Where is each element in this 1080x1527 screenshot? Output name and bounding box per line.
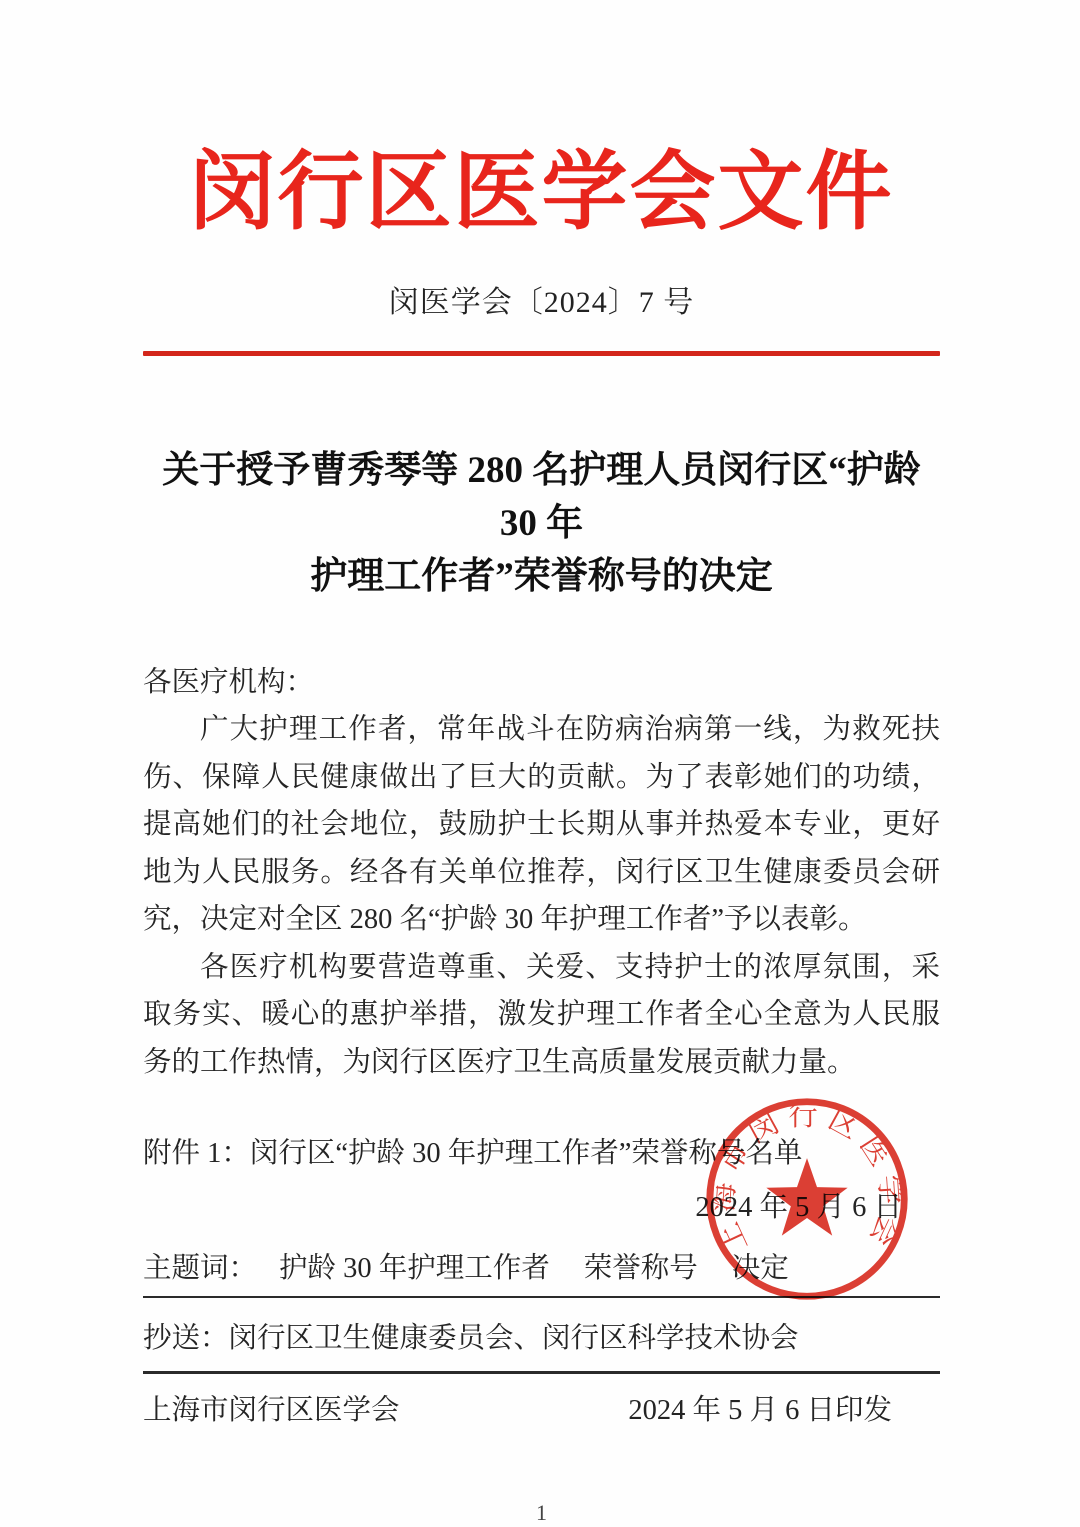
document-title-line-2: 护理工作者”荣誉称号的决定 bbox=[143, 550, 940, 603]
issuer-name: 上海市闵行区医学会 bbox=[143, 1387, 400, 1428]
red-divider-line bbox=[143, 351, 940, 356]
cc-row: 抄送：闵行区卫生健康委员会、闵行区科学技术协会 bbox=[143, 1298, 940, 1374]
cc-value: 闵行区卫生健康委员会、闵行区科学技术协会 bbox=[229, 1323, 799, 1354]
subject-term: 荣誉称号 bbox=[584, 1253, 698, 1284]
document-title-line-1: 关于授予曹秀琴等 280 名护理人员闵行区“护龄 30 年 bbox=[143, 444, 940, 550]
body-paragraph-1: 广大护理工作者，常年战斗在防病治病第一线，为救死扶伤、保障人民健康做出了巨大的贡… bbox=[143, 706, 940, 944]
cc-label: 抄送： bbox=[143, 1323, 229, 1354]
subject-term: 决定 bbox=[732, 1253, 789, 1284]
document-title: 关于授予曹秀琴等 280 名护理人员闵行区“护龄 30 年 护理工作者”荣誉称号… bbox=[143, 444, 940, 603]
subject-label: 主题词： bbox=[143, 1253, 257, 1284]
issuer-footer-row: 上海市闵行区医学会 2024 年 5 月 6 日印发 bbox=[143, 1374, 940, 1428]
subject-keywords-row: 主题词：护龄 30 年护理工作者荣誉称号决定 bbox=[143, 1245, 940, 1298]
document-number: 闵医学会〔2024〕7 号 bbox=[143, 277, 940, 321]
body-paragraph-2: 各医疗机构要营造尊重、关爱、支持护士的浓厚氛围，采取务实、暖心的惠护举措，激发护… bbox=[143, 944, 940, 1087]
attachment-note: 附件 1：闵行区“护龄 30 年护理工作者”荣誉称号名单 bbox=[143, 1130, 940, 1178]
print-date: 2024 年 5 月 6 日印发 bbox=[628, 1387, 940, 1428]
salutation: 各医疗机构： bbox=[143, 659, 940, 707]
issue-date: 2024 年 5 月 6 日 bbox=[143, 1184, 940, 1232]
red-header-org-title: 闵行区医学会文件 bbox=[143, 0, 940, 239]
document-page: 闵行区医学会文件 闵医学会〔2024〕7 号 关于授予曹秀琴等 280 名护理人… bbox=[0, 0, 1080, 1527]
subject-term: 护龄 30 年护理工作者 bbox=[279, 1253, 550, 1284]
page-number: 1 bbox=[143, 1500, 940, 1526]
document-body: 各医疗机构： 广大护理工作者，常年战斗在防病治病第一线，为救死扶伤、保障人民健康… bbox=[143, 659, 940, 1232]
